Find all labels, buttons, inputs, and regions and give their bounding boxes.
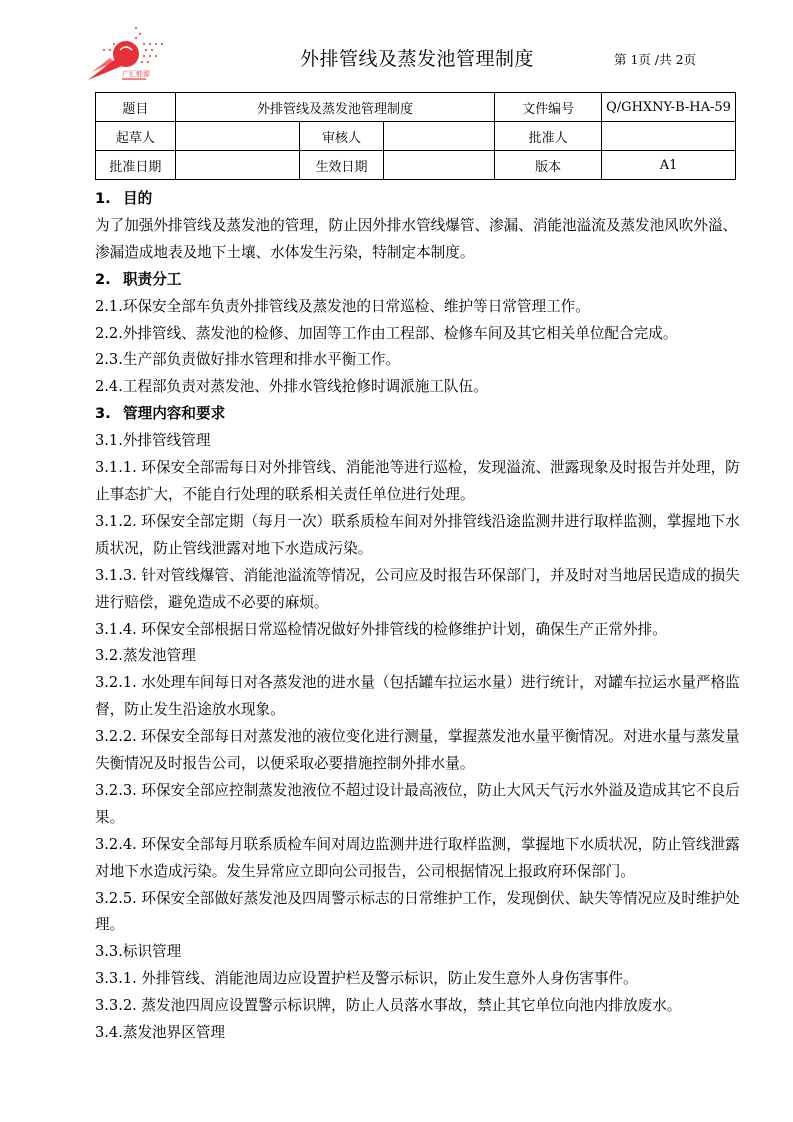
label-approval-date: 批准日期 xyxy=(96,151,176,180)
value-file-number: Q/GHXNY-B-HA-59 xyxy=(602,93,736,122)
paragraph: 3.1.1. 环保安全部需每日对外排管线、消能池等进行巡检，发现溢流、泄露现象及… xyxy=(95,455,745,509)
paragraph: 3.1.4. 环保安全部根据日常巡检情况做好外排管线的检修维护计划，确保生产正常… xyxy=(95,617,745,644)
paragraph: 3.2.5. 环保安全部做好蒸发池及四周警示标志的日常维护工作，发现倒伏、缺失等… xyxy=(95,886,745,940)
svg-text:广汇能源: 广汇能源 xyxy=(122,69,151,78)
paragraph: 2.4.工程部负责对蒸发池、外排水管线抢修时调派施工队伍。 xyxy=(95,374,745,401)
value-subject: 外排管线及蒸发池管理制度 xyxy=(175,93,494,122)
value-drafter xyxy=(175,122,299,151)
paragraph: 3.2.3. 环保安全部应控制蒸发池液位不超过设计最高液位，防止大风天气污水外溢… xyxy=(95,778,745,832)
paragraph: 2.2.外排管线、蒸发池的检修、加固等工作由工程部、检修车间及其它相关单位配合完… xyxy=(95,321,745,348)
subsection-heading: 3.4.蒸发池界区管理 xyxy=(95,1020,745,1047)
section-heading: 2.职责分工 xyxy=(95,267,745,294)
table-row: 题目 外排管线及蒸发池管理制度 文件编号 Q/GHXNY-B-HA-59 xyxy=(96,93,736,122)
subsection-heading: 3.2.蒸发池管理 xyxy=(95,643,745,670)
paragraph: 2.3.生产部负责做好排水管理和排水平衡工作。 xyxy=(95,347,745,374)
paragraph: 3.2.4. 环保安全部每月联系质检车间对周边监测井进行取样监测，掌握地下水质状… xyxy=(95,832,745,886)
value-version: A1 xyxy=(602,151,736,180)
table-row: 起草人 审核人 批准人 xyxy=(96,122,736,151)
paragraph: 3.3.2. 蒸发池四周应设置警示标识牌，防止人员落水事故，禁止其它单位向池内排… xyxy=(95,993,745,1020)
paragraph: 3.2.2. 环保安全部每日对蒸发池的液位变化进行测量，掌握蒸发池水量平衡情况。… xyxy=(95,724,745,778)
paragraph: 2.1.环保安全部车负责外排管线及蒸发池的日常巡检、维护等日常管理工作。 xyxy=(95,294,745,321)
table-row: 批准日期 生效日期 版本 A1 xyxy=(96,151,736,180)
value-effective-date xyxy=(384,151,495,180)
paragraph: 3.1.2. 环保安全部定期（每月一次）联系质检车间对外排管线沿途监测井进行取样… xyxy=(95,509,745,563)
paragraph: 3.1.3. 针对管线爆管、消能池溢流等情况，公司应及时报告环保部门，并及时对当… xyxy=(95,563,745,617)
paragraph: 3.2.1. 水处理车间每日对各蒸发池的进水量（包括罐车拉运水量）进行统计，对罐… xyxy=(95,670,745,724)
label-approver: 批准人 xyxy=(495,122,602,151)
label-drafter: 起草人 xyxy=(96,122,176,151)
label-reviewer: 审核人 xyxy=(299,122,384,151)
company-logo: 广汇能源 xyxy=(84,22,194,84)
document-body: 1.目的 为了加强外排管线及蒸发池的管理，防止因外排水管线爆管、渗漏、消能池溢流… xyxy=(95,186,745,1047)
paragraph: 3.3.1. 外排管线、消能池周边应设置护栏及警示标识，防止发生意外人身伤害事件… xyxy=(95,966,745,993)
document-title: 外排管线及蒸发池管理制度 xyxy=(300,44,534,71)
section-heading: 3.管理内容和要求 xyxy=(95,401,745,428)
label-file-number: 文件编号 xyxy=(495,93,602,122)
value-reviewer xyxy=(384,122,495,151)
label-effective-date: 生效日期 xyxy=(299,151,384,180)
subsection-heading: 3.1.外排管线管理 xyxy=(95,428,745,455)
paragraph: 为了加强外排管线及蒸发池的管理，防止因外排水管线爆管、渗漏、消能池溢流及蒸发池风… xyxy=(95,213,745,267)
value-approval-date xyxy=(175,151,299,180)
label-version: 版本 xyxy=(495,151,602,180)
page-indicator: 第 1页 /共 2页 xyxy=(614,50,696,68)
section-heading: 1.目的 xyxy=(95,186,745,213)
subsection-heading: 3.3.标识管理 xyxy=(95,939,745,966)
document-meta-table: 题目 外排管线及蒸发池管理制度 文件编号 Q/GHXNY-B-HA-59 起草人… xyxy=(95,92,736,180)
label-subject: 题目 xyxy=(96,93,176,122)
logo-comet-icon: 广汇能源 xyxy=(84,22,194,84)
value-approver xyxy=(602,122,736,151)
